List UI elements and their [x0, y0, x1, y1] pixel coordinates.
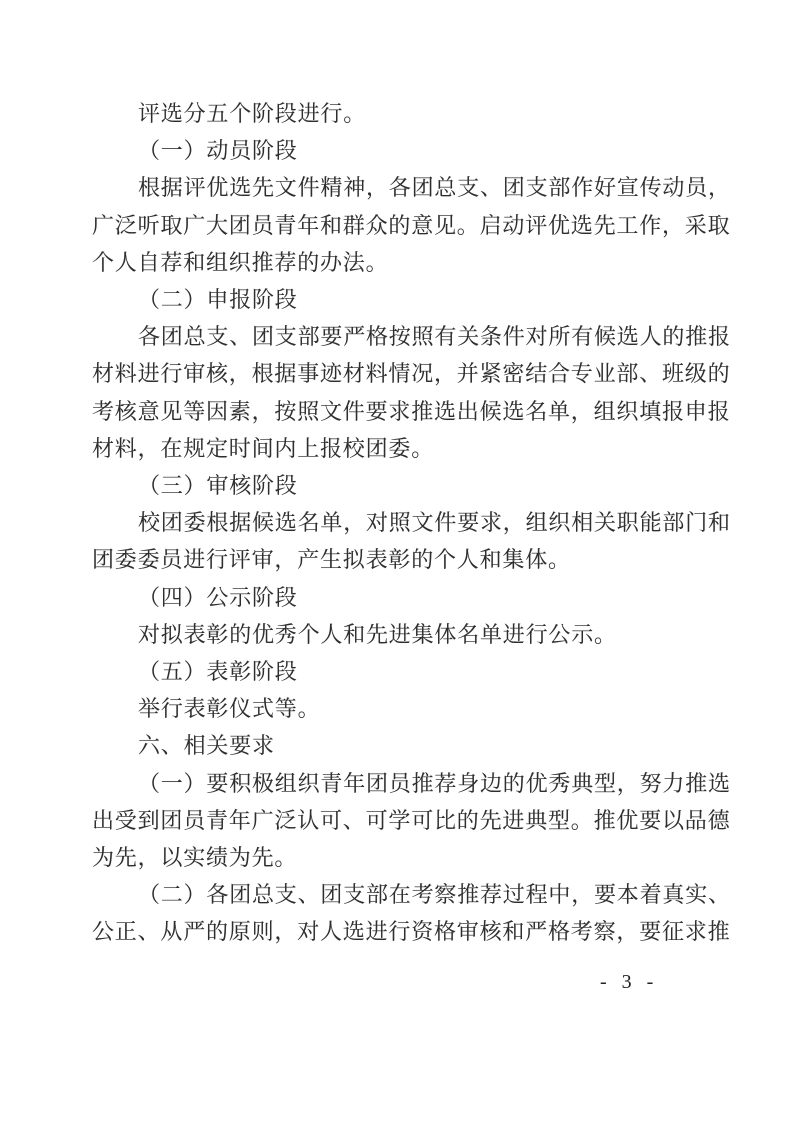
text-line: 团委委员进行评审，产生拟表彰的个人和集体。 [92, 541, 737, 578]
text-line: 出受到团员青年广泛认可、可学可比的先进典型。推优要以品德 [92, 802, 737, 839]
text-line: 对拟表彰的优秀个人和先进集体名单进行公示。 [92, 616, 737, 653]
page-number: - 3 - [600, 971, 658, 994]
document-body: 评选分五个阶段进行。 （一）动员阶段 根据评优选先文件精神，各团总支、团支部作好… [92, 95, 737, 951]
text-line: 六、相关要求 [92, 727, 737, 764]
text-line: 为先，以实绩为先。 [92, 839, 737, 876]
text-line: （四）公示阶段 [92, 579, 737, 616]
text-line: 校团委根据候选名单，对照文件要求，组织相关职能部门和 [92, 504, 737, 541]
text-line: 材料，在规定时间内上报校团委。 [92, 430, 737, 467]
text-line: （二）各团总支、团支部在考察推荐过程中，要本着真实、 [92, 876, 737, 913]
text-line: 各团总支、团支部要严格按照有关条件对所有候选人的推报 [92, 318, 737, 355]
text-line: 广泛听取广大团员青年和群众的意见。启动评优选先工作，采取 [92, 207, 737, 244]
text-line: 公正、从严的原则，对人选进行资格审核和严格考察，要征求推 [92, 913, 737, 950]
text-line: 个人自荐和组织推荐的办法。 [92, 244, 737, 281]
text-line: （二）申报阶段 [92, 281, 737, 318]
text-line: （一）要积极组织青年团员推荐身边的优秀典型，努力推选 [92, 765, 737, 802]
text-line: （一）动员阶段 [92, 132, 737, 169]
text-line: 根据评优选先文件精神，各团总支、团支部作好宣传动员， [92, 169, 737, 206]
text-line: （三）审核阶段 [92, 467, 737, 504]
text-line: 考核意见等因素，按照文件要求推选出候选名单，组织填报申报 [92, 393, 737, 430]
document-page: 评选分五个阶段进行。 （一）动员阶段 根据评优选先文件精神，各团总支、团支部作好… [0, 0, 793, 1122]
text-line: 材料进行审核，根据事迹材料情况，并紧密结合专业部、班级的 [92, 355, 737, 392]
text-line: 举行表彰仪式等。 [92, 690, 737, 727]
text-line: 评选分五个阶段进行。 [92, 95, 737, 132]
text-line: （五）表彰阶段 [92, 653, 737, 690]
